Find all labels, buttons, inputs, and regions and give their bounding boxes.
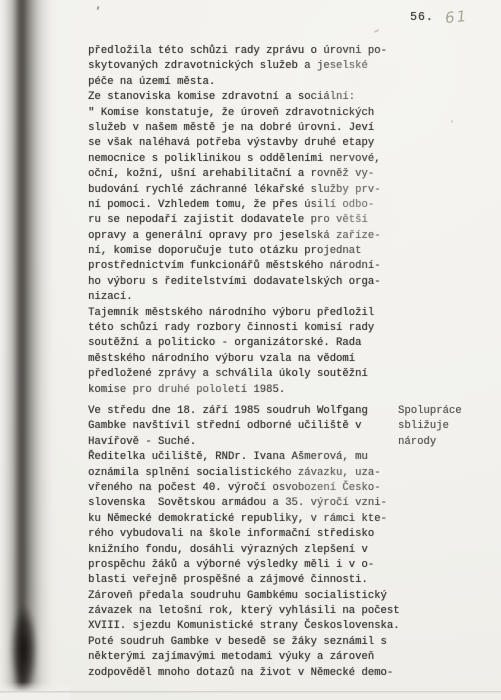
text-line: některými zajímavými metodami výuky a zá… [88,650,408,665]
text-line: Havířově - Suché. [88,435,408,450]
paragraph-3: Tajemník městského národního výboru před… [88,306,408,398]
text-line: oznámila splnění socialistického závazku… [88,466,408,481]
text-line: komise pro druhé pololetí 1985. [88,383,408,398]
text-line: Ředitelka učiliště, RNDr. Ivana Ašmerová… [88,450,408,465]
text-line: předložila této schůzi rady zprávu o úro… [88,44,408,59]
text-line: péče na území města. [88,75,408,90]
text-line: ní, komise doporučuje tuto otázku projed… [88,244,408,259]
page-bottom-edge [0,691,501,692]
text-line: rého vybudovali na škole informační stře… [88,527,408,542]
text-line: závazek na letošní rok, který vyhlásili … [88,604,408,619]
paragraph-2: Ze stanoviska komise zdravotní a sociáln… [88,90,408,305]
text-line: " Komise konstatuje, že úroveň zdravotni… [88,106,408,121]
text-line: této schůzi rady rozbory činnosti komisí… [88,321,408,336]
text-line: ru se nepodaří zajistit dodavatele pro v… [88,213,408,228]
text-line: městského národního výboru vzala na vědo… [88,352,408,367]
text-line: Gambke navštívil střední odborné učilišt… [88,419,408,434]
paragraph-1: předložila této schůzi rady zprávu o úro… [88,44,408,90]
text-line: nemocnice s poliklinikou s odděleními ne… [88,152,408,167]
margin-note-line: sbližuje [398,419,462,434]
scan-speck [374,29,379,32]
text-line: ní pomoci. Vzhledem tomu, že přes úsilí … [88,198,408,213]
text-line: budování rychlé záchranné lékařské služb… [88,183,408,198]
text-line: prospěchu žáků a výborné výsledky měli i… [88,558,408,573]
margin-note: Spolupráce sbližuje národy [398,404,462,450]
text-line: slovenska Sovětskou armádou a 35. výročí… [88,496,408,511]
text-line: Poté soudruh Gambke v besedě se žáky sez… [88,635,408,650]
text-line: prostřednictvím funkcionářů městského ná… [88,259,408,274]
text-line: Zároveň předala soudruhu Gambkému social… [88,589,408,604]
text-line: se však naléhavá potřeba výstavby druhé … [88,136,408,151]
text-line: XVIII. sjezdu Komunistické strany Českos… [88,619,408,634]
text-line: služeb v našem městě je na dobré úrovni.… [88,121,408,136]
text-line: soutěžní a politicko - organizátorské. R… [88,336,408,351]
text-line: blasti veřejně prospěšné a zájmové činno… [88,573,408,588]
margin-note-line: Spolupráce [398,404,462,419]
text-line: nizací. [88,290,408,305]
text-line: ku Německé demokratické republiky, v rám… [88,512,408,527]
margin-note-line: národy [398,435,462,450]
text-line: skytovaných zdravotnických služeb a jese… [88,59,408,74]
text-line: Ze stanoviska komise zdravotní a sociáln… [88,90,408,105]
page-number-handwritten: 61 [444,7,469,27]
text-line: předložené zprávy a schválila úkoly sout… [88,367,408,382]
text-line: knižního fondu, dosáhli výrazných zlepše… [88,543,408,558]
scan-speck [97,6,100,10]
text-line: Tajemník městského národního výboru před… [88,306,408,321]
document-text: předložila této schůzi rady zprávu o úro… [88,44,408,681]
page-number-typed: 56. [410,11,434,24]
text-line: oční, kožní, ušní arehabilitační a rovně… [88,167,408,182]
text-line: Ve středu dne 18. září 1985 soudruh Wolf… [88,404,408,419]
text-line: opravy a generální opravy pro jeselská z… [88,229,408,244]
text-line: zodpověděl mnoho dotazů na život v Němec… [88,666,408,681]
binding-shadow [2,0,52,700]
text-line: ho výboru s ředitelstvími dodavatelských… [88,275,408,290]
scanned-page: 56. 61 předložila této schůzi rady zpráv… [0,0,501,700]
scan-speck [451,120,453,123]
paragraph-4: Ve středu dne 18. září 1985 soudruh Wolf… [88,404,408,681]
text-line: vřeného na počest 40. výročí osvobození … [88,481,408,496]
